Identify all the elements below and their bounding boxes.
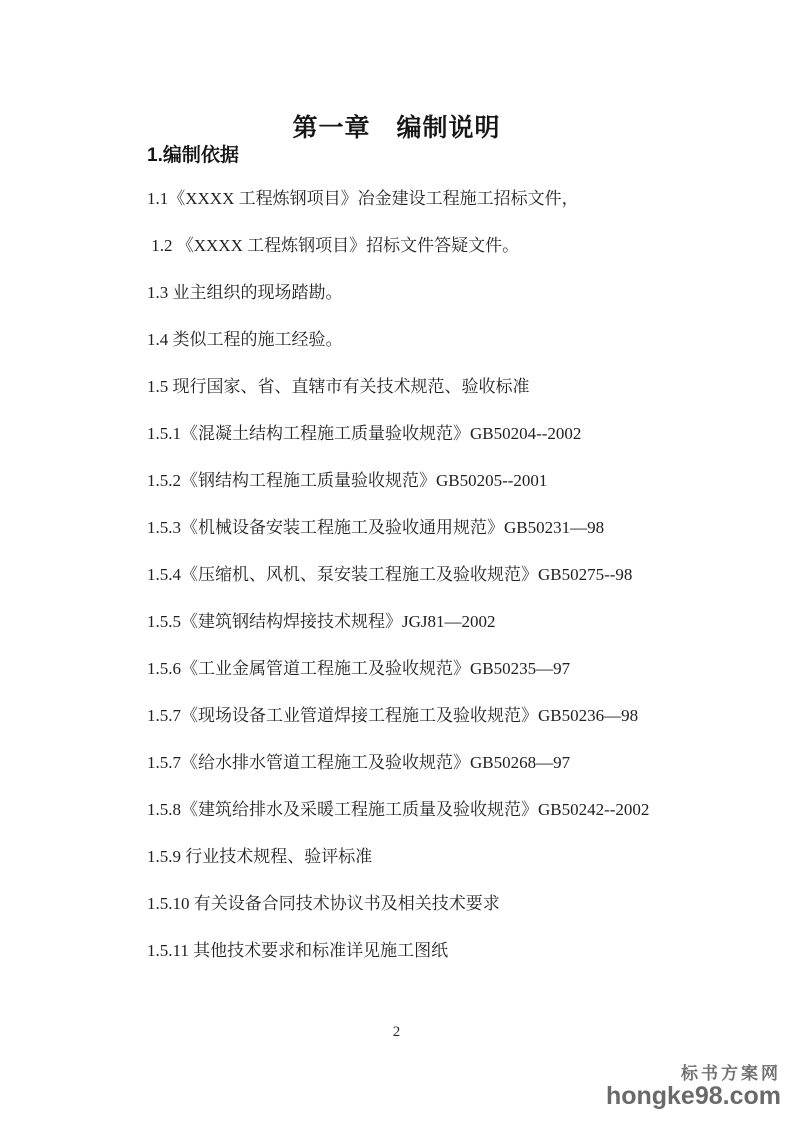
paragraph: 1.5.3《机械设备安装工程施工及验收通用规范》GB50231—98 [147,517,707,539]
section-heading: 1.编制依据 [147,144,707,167]
paragraph: 1.2 《XXXX 工程炼钢项目》招标文件答疑文件。 [147,235,707,257]
watermark: 标书方案网 hongke98.com [606,1065,781,1109]
paragraph: 1.5 现行国家、省、直辖市有关技术规范、验收标准 [147,376,707,398]
chapter-title: 第一章 编制说明 [0,113,793,143]
paragraph: 1.5.9 行业技术规程、验评标准 [147,846,707,868]
paragraph: 1.5.8《建筑给排水及采暖工程施工质量及验收规范》GB50242--2002 [147,799,707,821]
paragraph: 1.5.6《工业金属管道工程施工及验收规范》GB50235—97 [147,658,707,680]
paragraph: 1.4 类似工程的施工经验。 [147,329,707,351]
paragraph: 1.5.10 有关设备合同技术协议书及相关技术要求 [147,893,707,915]
paragraph: 1.5.4《压缩机、风机、泵安装工程施工及验收规范》GB50275--98 [147,564,707,586]
paragraph: 1.5.1《混凝土结构工程施工质量验收规范》GB50204--2002 [147,423,707,445]
document-page: 第一章 编制说明 1.编制依据 1.1《XXXX 工程炼钢项目》冶金建设工程施工… [0,0,793,1122]
paragraph: 1.5.7《现场设备工业管道焊接工程施工及验收规范》GB50236—98 [147,705,707,727]
paragraph: 1.5.5《建筑钢结构焊接技术规程》JGJ81—2002 [147,611,707,633]
document-body: 1.编制依据 1.1《XXXX 工程炼钢项目》冶金建设工程施工招标文件， 1.2… [147,144,707,987]
paragraph: 1.3 业主组织的现场踏勘。 [147,282,707,304]
watermark-site-domain: hongke98.com [606,1083,781,1109]
paragraph: 1.5.7《给水排水管道工程施工及验收规范》GB50268—97 [147,752,707,774]
paragraph: 1.5.2《钢结构工程施工质量验收规范》GB50205--2001 [147,470,707,492]
watermark-site-name: 标书方案网 [606,1065,781,1083]
paragraph: 1.5.11 其他技术要求和标准详见施工图纸 [147,940,707,962]
page-number: 2 [0,1024,793,1041]
paragraph: 1.1《XXXX 工程炼钢项目》冶金建设工程施工招标文件， [147,188,707,210]
